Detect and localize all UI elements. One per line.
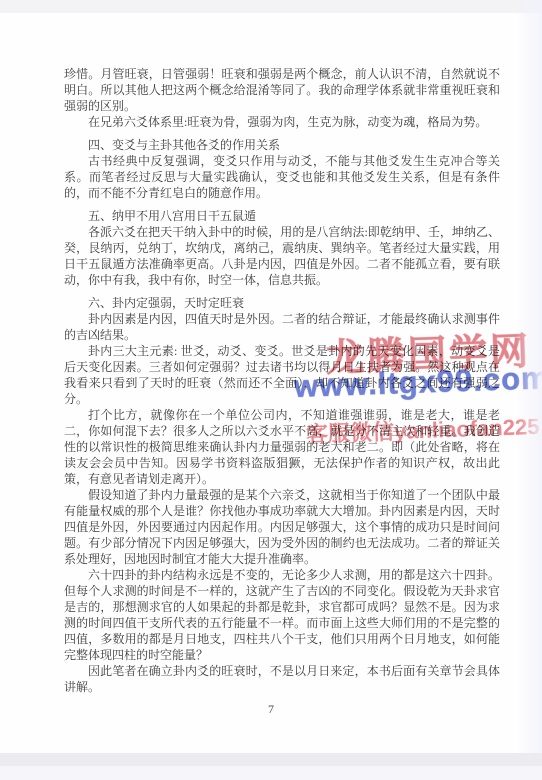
scanned-book-page: { "document": { "page_number": "7", "par… bbox=[0, 0, 542, 780]
body-paragraph: 六十四卦的卦内结构永远是不变的，无论多少人求测，用的都是这六十四卦。但每个人求测… bbox=[64, 567, 500, 663]
body-paragraph: 打个比方，就像你在一个单位公司内，不知道谁强谁弱，谁是老大，谁是老二，你如何混下… bbox=[64, 407, 500, 487]
body-paragraph: 假设知道了卦内力量最强的是某个六亲爻，这就相当于你知道了一个团队中最有能量权威的… bbox=[64, 487, 500, 567]
body-paragraph: 卦内三大主元素: 世爻，动爻、变爻。世爻是卦内的先天变化因素，动变爻是后天变化因… bbox=[64, 343, 500, 407]
body-paragraph: 珍惜。月管旺衰，日管强弱！旺衰和强弱是两个概念，前人认识不清，自然就说不明白。所… bbox=[64, 66, 500, 114]
page-bottom-edge-dark bbox=[0, 753, 542, 766]
body-paragraph: 古书经典中反复强调，变爻只作用与动爻，不能与其他爻发生生克冲合等关系。而笔者经过… bbox=[64, 153, 500, 201]
page-text-column: 珍惜。月管旺衰，日管强弱！旺衰和强弱是两个概念，前人认识不清，自然就说不明白。所… bbox=[0, 13, 542, 695]
section-heading: 五、纳甲不用八宫用日干五鼠遁 bbox=[64, 208, 500, 224]
section-heading: 六、卦内定强弱，天时定旺衰 bbox=[64, 295, 500, 311]
body-paragraph: 因此笔者在确立卦内爻的旺衰时，不是以月日来定，本书后面有关章节会具体讲解。 bbox=[64, 663, 500, 695]
body-paragraph: 卦内因素是内因，四值天时是外因。二者的结合辩证，才能最终确认求测事件的吉凶结果。 bbox=[64, 311, 500, 343]
section-heading: 四、变爻与主卦其他各爻的作用关系 bbox=[64, 137, 500, 153]
page-bottom-edge-light bbox=[0, 766, 542, 780]
page-bottom-edge bbox=[0, 753, 542, 780]
page-top-edge bbox=[0, 0, 542, 13]
page-number: 7 bbox=[0, 702, 542, 717]
body-paragraph: 在兄弟六爻体系里:旺衰为骨，强弱为肉，生克为脉，动变为魂，格局为势。 bbox=[64, 114, 500, 130]
body-paragraph: 各派六爻在把天干纳入卦中的时候，用的是八宫纳法:即乾纳甲、壬，坤纳乙、癸，艮纳丙… bbox=[64, 224, 500, 288]
